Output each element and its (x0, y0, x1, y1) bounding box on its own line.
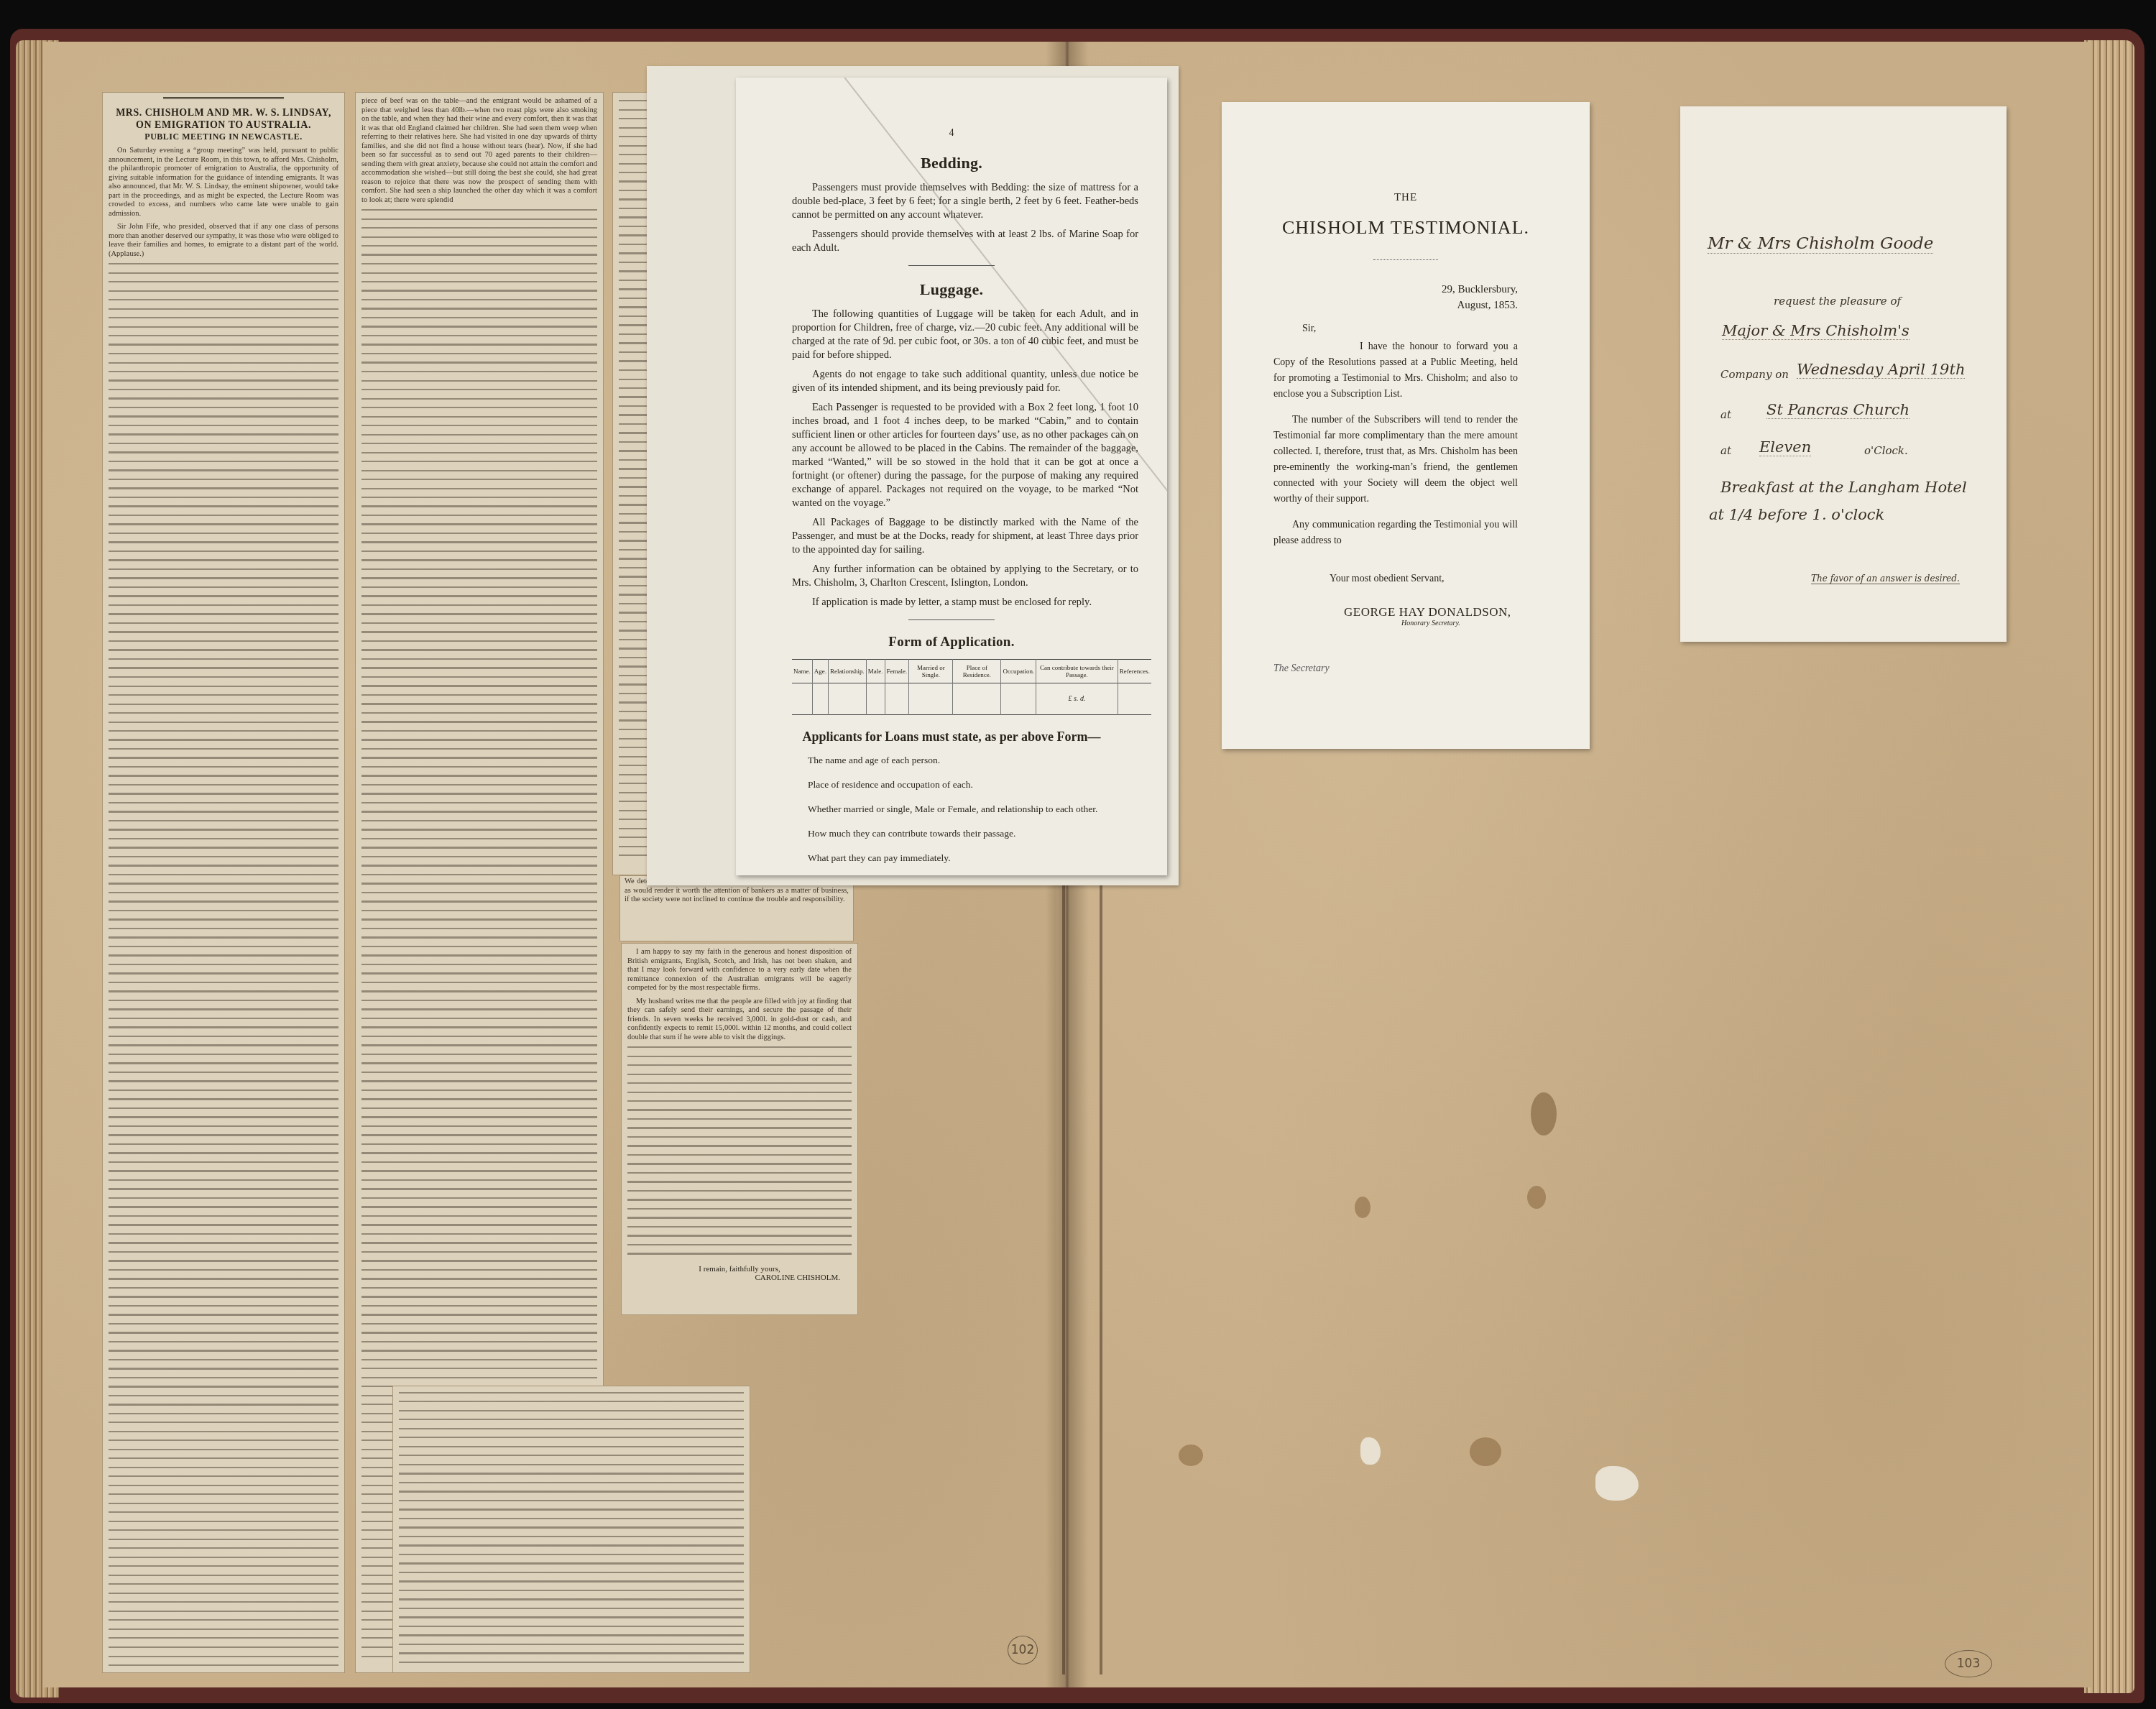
form-col-male: Male. (866, 660, 885, 683)
newspaper-clipping-bottom (392, 1386, 750, 1673)
handwritten-invitation: Mr & Mrs Chisholm Goode request the plea… (1680, 106, 2007, 642)
invitation-company-label: Company on (1720, 368, 1789, 381)
page-edges-right (2084, 40, 2134, 1693)
form-col-married: Married or Single. (909, 660, 953, 683)
form-col-female: Female. (885, 660, 909, 683)
letter-clipping: I am happy to say my faith in the genero… (621, 943, 858, 1315)
invitation-breakfast-time: at 1/4 before 1. o'clock (1709, 506, 1884, 523)
testimonial-address: 29, Bucklersbury, (1222, 282, 1518, 298)
form-cell (829, 683, 867, 715)
testimonial-signer: GEORGE HAY DONALDSON, (1344, 605, 1590, 619)
loan-requirement: Whether married or single, Male or Femal… (808, 803, 1138, 815)
article-paragraph: On Saturday evening a “group meeting” wa… (103, 142, 344, 223)
emigration-pamphlet: 4 Bedding. Passengers must provide thems… (736, 78, 1167, 875)
form-col-age: Age. (812, 660, 828, 683)
form-cell (1001, 683, 1036, 715)
form-cell (1118, 683, 1151, 715)
form-cell (866, 683, 885, 715)
invitation-at-label: at (1720, 408, 1731, 421)
invitation-guests: Major & Mrs Chisholm's (1722, 322, 1909, 340)
luggage-paragraph: All Packages of Baggage to be distinctly… (792, 516, 1138, 557)
letter-signature: CAROLINE CHISHOLM. (622, 1273, 840, 1282)
stain (1527, 1186, 1546, 1209)
loan-requirement: Place of residence and occupation of eac… (808, 779, 1138, 791)
stub-edge (1100, 884, 1102, 1675)
headline-1: MRS. CHISHOLM AND MR. W. S. LINDSAY, (103, 107, 344, 119)
loan-requirement: How much they can contribute towards the… (808, 828, 1138, 839)
luggage-paragraph: Each Passenger is requested to be provid… (792, 401, 1138, 510)
testimonial-the: THE (1222, 192, 1590, 204)
testimonial-date: August, 1853. (1222, 298, 1518, 313)
testimonial-salutation: Sir, (1302, 323, 1590, 335)
article-body-text (109, 263, 338, 1672)
form-cell (953, 683, 1001, 715)
invitation-at-label: at (1720, 444, 1731, 457)
invitation-request: request the pleasure of (1774, 295, 1901, 308)
loan-requirement: What part they can pay immediately. (808, 852, 1138, 864)
luggage-paragraph: Agents do not engage to take such additi… (792, 368, 1138, 395)
testimonial-addressee: The Secretary (1273, 663, 1590, 675)
invitation-date: Wednesday April 19th (1797, 361, 1965, 379)
paper-tear (1360, 1437, 1381, 1465)
article-paragraph: Sir John Fife, who presided, observed th… (103, 223, 344, 263)
headline-rule (163, 97, 284, 101)
loan-requirement: The name and age of each person. (808, 755, 1138, 766)
page-number-right: 103 (1945, 1650, 1992, 1677)
section-divider (908, 265, 995, 266)
letter-body-text (627, 1046, 852, 1262)
letter-closing: I remain, faithfully yours, (622, 1265, 857, 1273)
letter-paragraph: My husband writes me that the people are… (622, 998, 857, 1047)
luggage-heading: Luggage. (736, 280, 1167, 299)
luggage-paragraph: The following quantities of Luggage will… (792, 308, 1138, 362)
subheadline: PUBLIC MEETING IN NEWCASTLE. (103, 132, 344, 142)
stain (1179, 1445, 1203, 1466)
invitation-hosts: Mr & Mrs Chisholm Goode (1708, 234, 1933, 254)
invitation-rsvp: The favor of an answer is desired. (1811, 573, 1960, 584)
luggage-paragraph: If application is made by letter, a stam… (792, 596, 1138, 609)
invitation-breakfast: Breakfast at the Langham Hotel (1720, 479, 1967, 496)
letter-paragraph: I am happy to say my faith in the genero… (622, 944, 857, 998)
section-divider (908, 619, 995, 620)
article-body-text (399, 1392, 744, 1665)
form-cell (812, 683, 828, 715)
pamphlet-page-number: 4 (736, 128, 1167, 139)
stain (1355, 1197, 1370, 1218)
chisholm-testimonial-letter: THE CHISHOLM TESTIMONIAL. 29, Bucklersbu… (1222, 102, 1590, 749)
application-form-table: Name. Age. Relationship. Male. Female. M… (792, 659, 1151, 715)
page-number-left: 102 (1008, 1636, 1038, 1664)
stub-edge (1062, 884, 1065, 1675)
form-col-occupation: Occupation. (1001, 660, 1036, 683)
bedding-heading: Bedding. (736, 154, 1167, 172)
form-cell (909, 683, 953, 715)
invitation-venue: St Pancras Church (1766, 401, 1909, 419)
invitation-time: Eleven (1759, 438, 1811, 456)
form-col-contribute: Can contribute towards their Passage. (1036, 660, 1118, 683)
stain (1470, 1437, 1501, 1466)
newspaper-clipping-col1: MRS. CHISHOLM AND MR. W. S. LINDSAY, ON … (102, 92, 345, 1673)
luggage-paragraph: Any further information can be obtained … (792, 563, 1138, 590)
loans-heading: Applicants for Loans must state, as per … (736, 729, 1167, 745)
form-heading: Form of Application. (736, 635, 1167, 650)
bedding-paragraph: Passengers must provide themselves with … (792, 181, 1138, 222)
form-cell (792, 683, 812, 715)
testimonial-paragraph: I have the honour to forward you a Copy … (1273, 339, 1518, 402)
form-col-relationship: Relationship. (829, 660, 867, 683)
form-col-references: References. (1118, 660, 1151, 683)
form-cell (885, 683, 909, 715)
testimonial-signer-role: Honorary Secretary. (1401, 619, 1590, 627)
form-col-residence: Place of Residence. (953, 660, 1001, 683)
article-paragraph: piece of beef was on the table—and the e… (356, 93, 603, 209)
form-col-name: Name. (792, 660, 812, 683)
form-currency-cell: £ s. d. (1036, 683, 1118, 715)
testimonial-closing: Your most obedient Servant, (1330, 573, 1590, 585)
title-ornament (1373, 257, 1438, 260)
headline-2: ON EMIGRATION TO AUSTRALIA. (103, 119, 344, 132)
paper-tear (1595, 1466, 1639, 1501)
invitation-oclock: o'Clock. (1864, 444, 1908, 457)
testimonial-title: CHISHOLM TESTIMONIAL. (1222, 217, 1590, 239)
testimonial-paragraph: Any communication regarding the Testimon… (1273, 517, 1518, 549)
stain (1531, 1092, 1557, 1136)
testimonial-paragraph: The number of the Subscribers will tend … (1273, 413, 1518, 507)
